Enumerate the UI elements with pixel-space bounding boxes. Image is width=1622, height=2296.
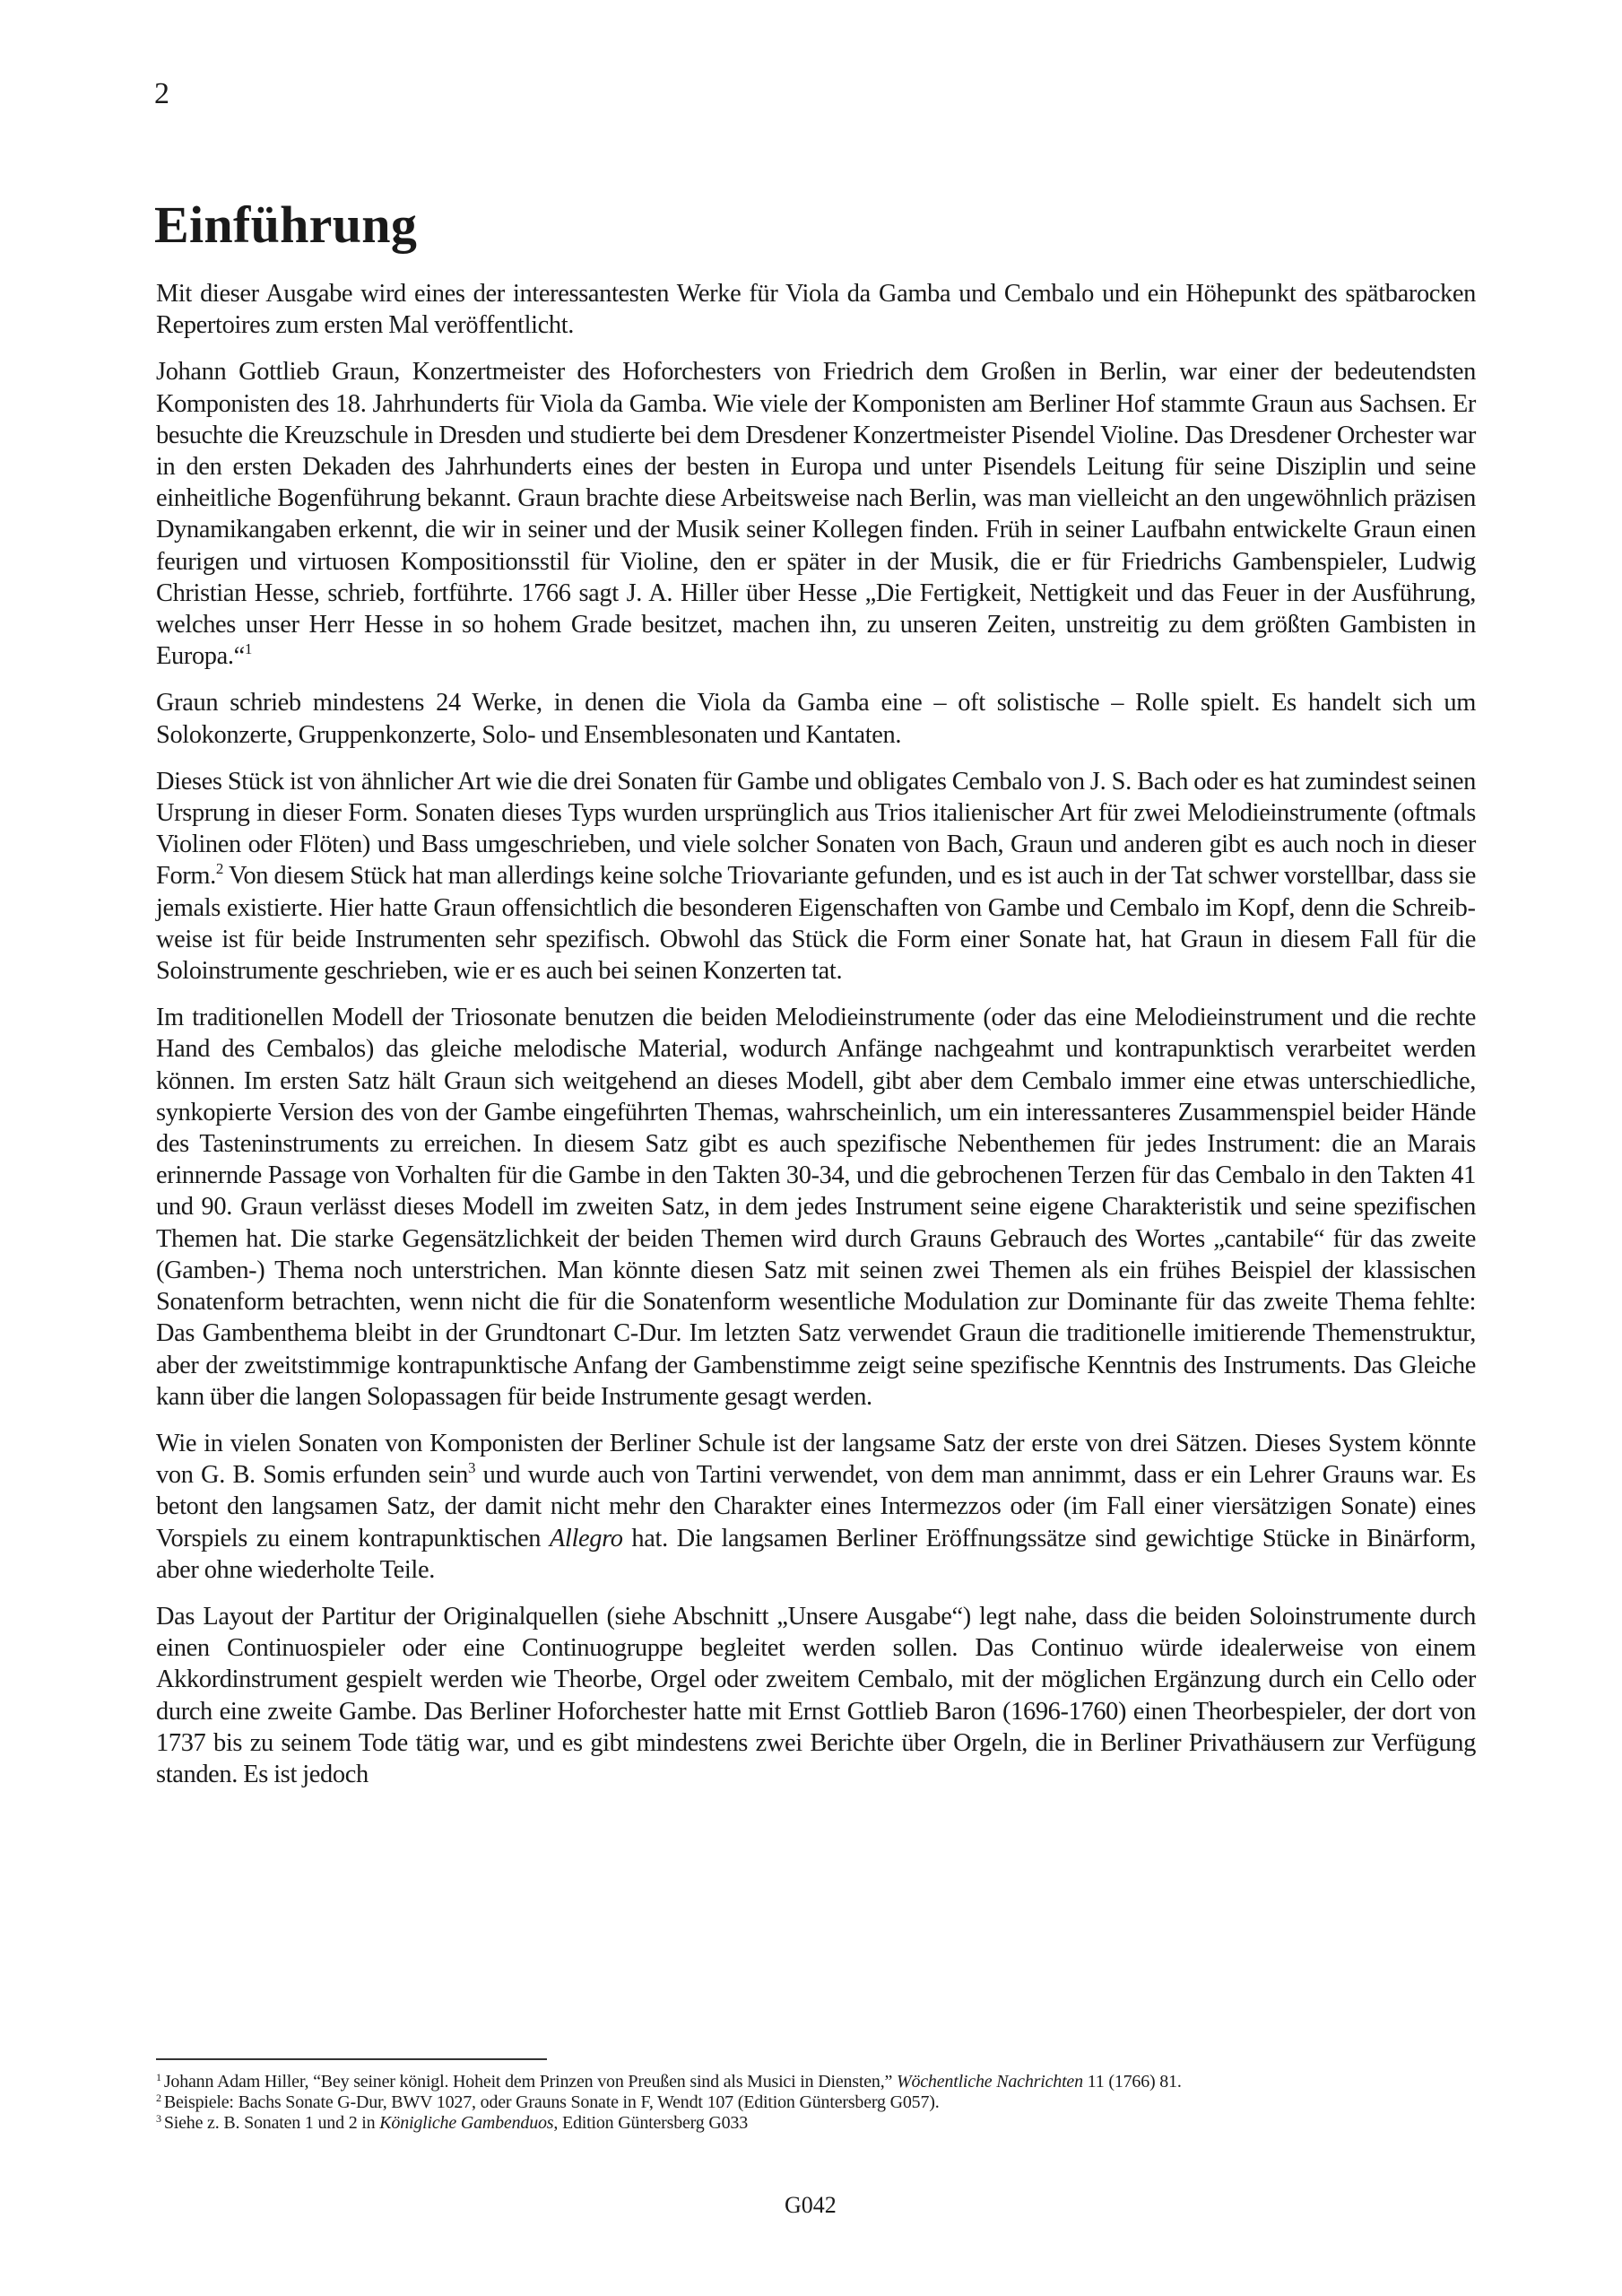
body-text: Mit dieser Ausgabe wird eines der intere… xyxy=(156,278,1476,1805)
page-title: Einführung xyxy=(154,199,417,251)
footnote-marker: 1 xyxy=(156,2071,161,2083)
footnote: 2Beispiele: Bachs Sonate G-Dur, BWV 1027… xyxy=(156,2092,1456,2113)
footnote-reference: 2 xyxy=(216,860,223,877)
paragraph: Graun schrieb mindestens 24 Werke, in de… xyxy=(156,687,1476,750)
paragraph: Wie in vielen Sonaten von Komponisten de… xyxy=(156,1428,1476,1586)
footnote-reference: 1 xyxy=(245,640,252,657)
footnote-divider xyxy=(156,2058,547,2060)
paragraph: Im traditionellen Modell der Triosonate … xyxy=(156,1002,1476,1413)
footnote-reference: 3 xyxy=(468,1459,475,1476)
paragraph: Das Layout der Partitur der Originalquel… xyxy=(156,1601,1476,1790)
footnote-marker: 3 xyxy=(156,2112,161,2125)
paragraph: Dieses Stück ist von ähnlicher Art wie d… xyxy=(156,766,1476,987)
footnote-marker: 2 xyxy=(156,2092,161,2104)
footnotes: 1Johann Adam Hiller, “Bey seiner königl.… xyxy=(156,2072,1456,2134)
paragraph: Johann Gottlieb Graun, Konzertmeister de… xyxy=(156,356,1476,672)
italic-text: Königliche Gambenduos xyxy=(379,2113,553,2133)
footnote: 1Johann Adam Hiller, “Bey seiner königl.… xyxy=(156,2072,1456,2092)
italic-text: Allegro xyxy=(550,1525,623,1552)
paragraph: Mit dieser Ausgabe wird eines der intere… xyxy=(156,278,1476,341)
catalog-number: G042 xyxy=(785,2194,837,2217)
page-number: 2 xyxy=(154,79,169,109)
footnote: 3Siehe z. B. Sonaten 1 und 2 in Königlic… xyxy=(156,2113,1456,2134)
italic-text: Wöchentliche Nachrichten xyxy=(897,2072,1083,2092)
